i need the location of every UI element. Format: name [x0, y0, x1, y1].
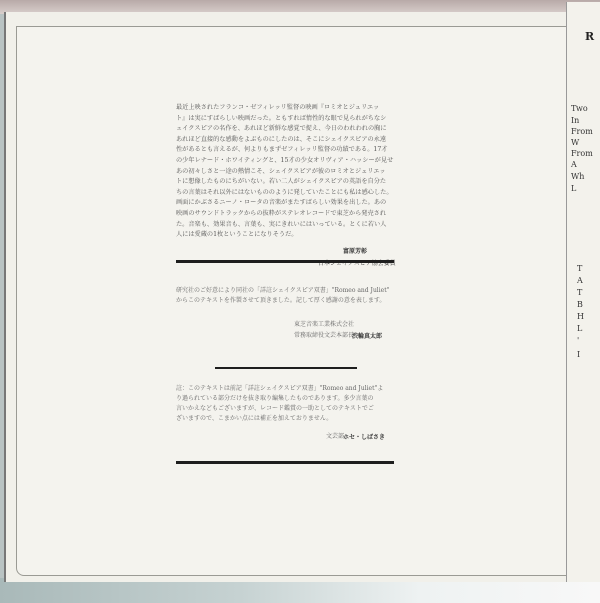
divider-1 — [176, 260, 394, 263]
text-line: ト』は実にすばらしい映画だった。ともすれば惰性的な眼で見られがちなシ — [176, 114, 394, 125]
facing-page-line: A — [571, 160, 577, 169]
text-line: ェイクスピアの名作を、あれほど新鮮な感覚で捉え、今日のわれわれの胸に — [176, 124, 394, 135]
facing-page-line: B — [577, 300, 583, 309]
text-line: の少年レナード・ホワイティングと、15才の少女オリヴィア・ハッシーが見せた — [176, 156, 394, 167]
text-line: 研究社のご好意により同社の「詳註シェイクスピア双書」"Romeo and Jul… — [176, 286, 394, 296]
facing-page-line: W — [571, 138, 579, 147]
facing-page-line: From — [571, 149, 593, 158]
text-line: り過られている部分だけを抜き取り編集したものであります。多少言葉の — [176, 394, 394, 404]
note-text: 註：このテキストは前記「詳註シェイクスピア双書」"Romeo and Julie… — [176, 384, 394, 424]
text-line: 性があるとも言えるが、何よりもまずゼフィレッリ監督の功績である。17才 — [176, 145, 394, 156]
text-line: あの初々しさと一途の熱情こそ、シェイクスピアが彼のロミオとジュリエッ — [176, 167, 394, 178]
text-line: 最近上映されたフランコ・ゼフィレッリ監督の映画『ロミオとジュリエッ — [176, 103, 394, 114]
text-line: 人には愛蔵の1枚ということになりそうだ。 — [176, 230, 394, 241]
note-dept: 文芸部 — [326, 432, 344, 442]
facing-page-line: T — [577, 264, 582, 273]
facing-page-title: R — [585, 30, 594, 43]
text-line: 言いかえなどもございますが、レコード鑑賞の一助としてのテキストでご — [176, 404, 394, 414]
signer-name: 渋輪真太郎 — [352, 331, 382, 340]
text-line: ちの言葉はそれ以外にはないもののように発していたことにも私は感心した。 — [176, 188, 394, 199]
text-line: 画面にかぶさるニーノ・ロータの音楽がまたすばらしい効果を出した。あの — [176, 198, 394, 209]
note-signer: ホセ・しばさき — [343, 432, 385, 441]
thanks-text: 研究社のご好意により同社の「詳註シェイクスピア双書」"Romeo and Jul… — [176, 286, 394, 306]
divider-2 — [215, 367, 357, 369]
text-line: 映画のサウンドトラックからの抜粋がステレオレコードで東芝から発売され — [176, 209, 394, 220]
text-line: トに想像したものにちがいない。若い二人がシェイクスピアの英語を自分た — [176, 177, 394, 188]
text-line: からこのテキストを作製させて頂きました。記して厚く感謝の意を表します。 — [176, 296, 394, 306]
facing-page-line: ' — [577, 336, 579, 345]
facing-page-line: Two — [571, 104, 588, 113]
essay-author: 富原芳彰 — [343, 246, 367, 255]
facing-page-line: A — [577, 276, 583, 285]
facing-page-line: I — [577, 350, 580, 359]
facing-page-line: In — [571, 116, 579, 125]
text-line: 註：このテキストは前記「詳註シェイクスピア双書」"Romeo and Julie… — [176, 384, 394, 394]
company-name: 東芝音楽工業株式会社 — [294, 320, 354, 330]
text-line: た。音楽も、効果音も、言葉も、実にきれいにはいっている。とくに若い人 — [176, 220, 394, 231]
facing-page-line: L — [571, 184, 576, 193]
text-line: あれほど直接的な感動をよぶものにしたのは、そこにシェイクスピアの永遠 — [176, 135, 394, 146]
divider-3 — [176, 461, 394, 464]
facing-page-line: T — [577, 288, 582, 297]
facing-page-line: From — [571, 127, 593, 136]
essay-text: 最近上映されたフランコ・ゼフィレッリ監督の映画『ロミオとジュリエット』は実にすば… — [176, 103, 394, 241]
signer-title: 常務取締役文芸本部長 — [294, 331, 354, 341]
facing-page: R TwoInFromWFromAWhLTATBHL'I — [566, 2, 600, 582]
facing-page-line: L — [577, 324, 582, 333]
facing-page-line: Wh — [571, 172, 584, 181]
text-line: ざいますので、こまかい点には補正を加えておりません。 — [176, 414, 394, 424]
facing-page-line: H — [577, 312, 584, 321]
